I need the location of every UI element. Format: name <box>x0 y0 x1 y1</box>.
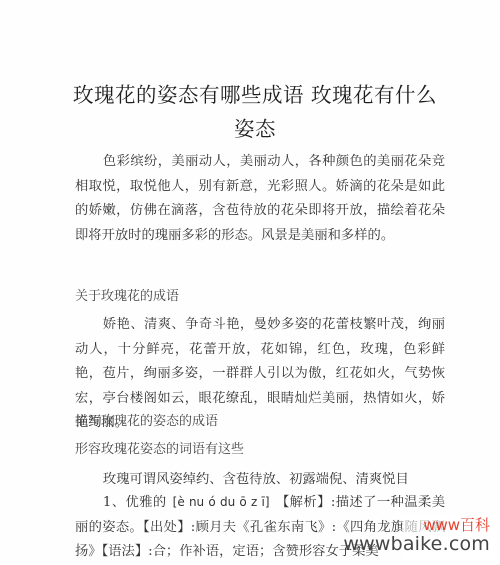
section-heading-idioms: 关于玫瑰花的成语 <box>75 287 179 307</box>
document-title: 玫瑰花的姿态有哪些成语 玫瑰花有什么姿态 <box>70 78 440 146</box>
intro-paragraph: 色彩缤纷，美丽动人，美丽动人，各种颜色的美丽花朵竞相取悦，取悦他人，别有新意，光… <box>75 150 445 248</box>
entry-prefix: 1、优雅的 <box>103 495 167 510</box>
watermark-brand: www百科 <box>343 518 490 533</box>
section-heading-posture-idioms: 描写玫瑰花的姿态的成语 <box>75 412 218 432</box>
document-page: 玫瑰花的姿态有哪些成语 玫瑰花有什么姿态 色彩缤纷，美丽动人，美丽动人，各种颜色… <box>0 0 500 565</box>
summary-paragraph: 玫瑰可谓风姿绰约、含苞待放、初露端倪、清爽悦目 <box>75 468 445 493</box>
watermark: www百科 wwwbaike.com <box>343 518 490 554</box>
watermark-domain: wwwbaike.com <box>343 535 490 554</box>
section-heading-posture-words: 形容玫瑰花姿态的词语有这些 <box>75 440 244 460</box>
entry-pinyin: [è nu ó du ō z ī] <box>173 495 270 509</box>
